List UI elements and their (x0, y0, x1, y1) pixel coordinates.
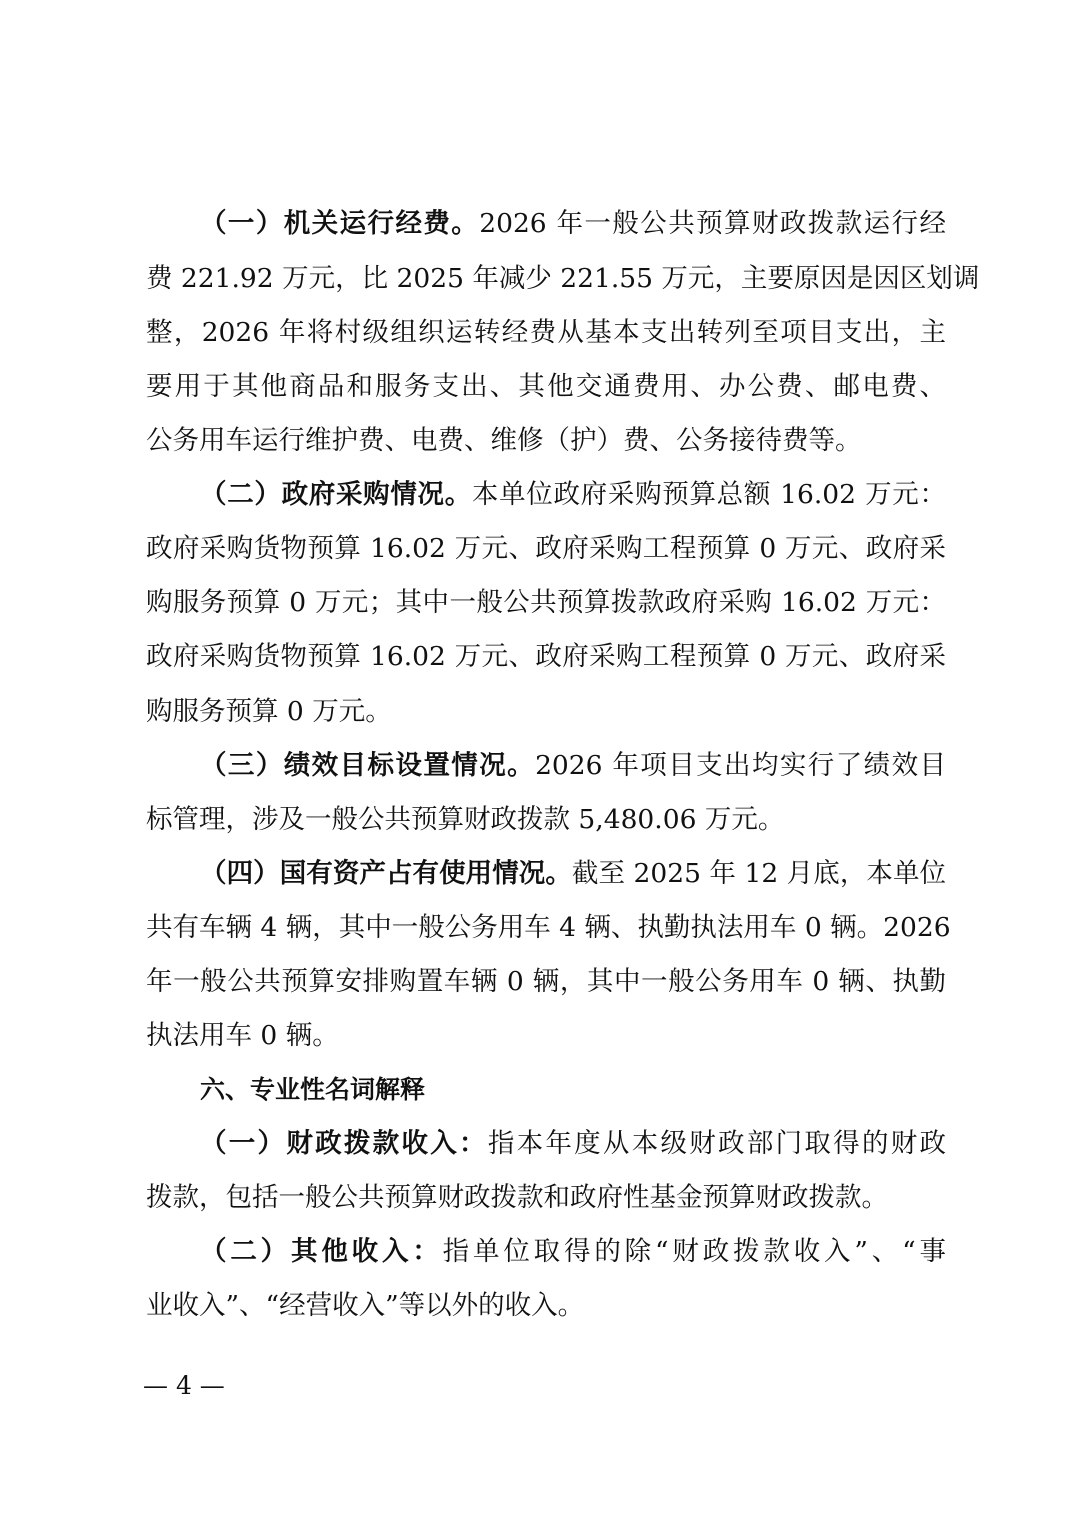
paragraph-line: 购服务预算 0 万元；其中一般公共预算拨款政府采购 16.02 万元： (146, 576, 946, 630)
paragraph-line: （一）机关运行经费。2026 年一般公共预算财政拨款运行经 (200, 197, 946, 251)
paragraph-line: 公务用车运行维护费、电费、维修（护）费、公务接待费等。 (146, 414, 946, 468)
paragraph-text: 本单位政府采购预算总额 16.02 万元： (472, 479, 946, 510)
section-heading: 六、专业性名词解释 (200, 1063, 425, 1117)
paragraph-line: 业收入”、“经营收入”等以外的收入。 (146, 1279, 946, 1333)
paragraph-line: 费 221.92 万元，比 2025 年减少 221.55 万元，主要原因是因区… (146, 252, 946, 306)
paragraph-line: 政府采购货物预算 16.02 万元、政府采购工程预算 0 万元、政府采 (146, 522, 946, 576)
paragraph-line: 年一般公共预算安排购置车辆 0 辆，其中一般公务用车 0 辆、执勤 (146, 955, 946, 1009)
paragraph-line: （三）绩效目标设置情况。2026 年项目支出均实行了绩效目 (200, 739, 946, 793)
paragraph-line: 政府采购货物预算 16.02 万元、政府采购工程预算 0 万元、政府采 (146, 630, 946, 684)
paragraph-line: 标管理，涉及一般公共预算财政拨款 5,480.06 万元。 (146, 793, 946, 847)
section-label: （一）机关运行经费。 (200, 208, 479, 239)
section-label: （四）国有资产占有使用情况。 (200, 858, 572, 889)
paragraph-text: 指单位取得的除“财政拨款收入”、“事 (443, 1236, 946, 1267)
document-page: （一）机关运行经费。2026 年一般公共预算财政拨款运行经 费 221.92 万… (0, 0, 1074, 1520)
paragraph-text: 截至 2025 年 12 月底，本单位 (572, 858, 946, 889)
paragraph-line: （二）其他收入：指单位取得的除“财政拨款收入”、“事 (200, 1225, 946, 1279)
term-label: （二）其他收入： (200, 1236, 443, 1267)
section-label: （二）政府采购情况。 (200, 479, 472, 510)
paragraph-line: 执法用车 0 辆。 (146, 1009, 946, 1063)
paragraph-line: 要用于其他商品和服务支出、其他交通费用、办公费、邮电费、 (146, 360, 946, 414)
term-label: （一）财政拨款收入： (200, 1128, 488, 1159)
paragraph-line: （四）国有资产占有使用情况。截至 2025 年 12 月底，本单位 (200, 847, 946, 901)
paragraph-text: 指本年度从本级财政部门取得的财政 (488, 1128, 946, 1159)
page-number: — 4 — (143, 1366, 225, 1406)
paragraph-text: 2026 年项目支出均实行了绩效目 (535, 750, 946, 781)
paragraph-line: 共有车辆 4 辆，其中一般公务用车 4 辆、执勤执法用车 0 辆。2026 (146, 901, 946, 955)
paragraph-line: （一）财政拨款收入：指本年度从本级财政部门取得的财政 (200, 1117, 946, 1171)
paragraph-line: 拨款，包括一般公共预算财政拨款和政府性基金预算财政拨款。 (146, 1171, 946, 1225)
paragraph-line: 购服务预算 0 万元。 (146, 685, 946, 739)
paragraph-line: 整，2026 年将村级组织运转经费从基本支出转列至项目支出，主 (146, 306, 946, 360)
paragraph-line: （二）政府采购情况。本单位政府采购预算总额 16.02 万元： (200, 468, 946, 522)
section-label: （三）绩效目标设置情况。 (200, 750, 535, 781)
paragraph-text: 2026 年一般公共预算财政拨款运行经 (479, 208, 946, 239)
